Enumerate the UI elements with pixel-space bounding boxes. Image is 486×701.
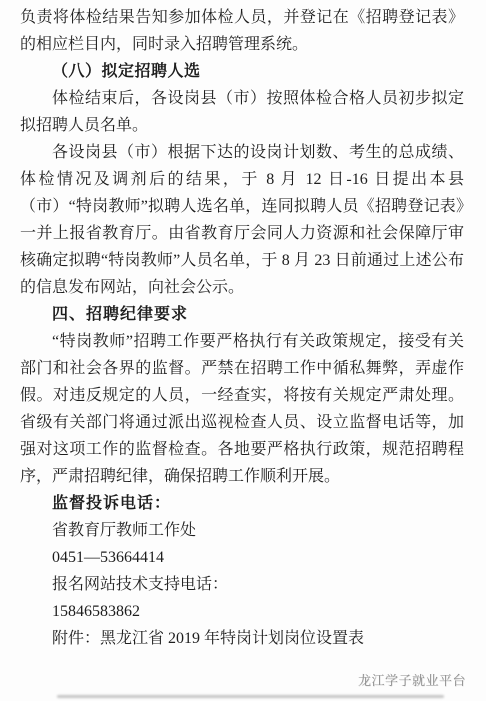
section-heading-discipline: 四、招聘纪律要求 [20,301,464,328]
paragraph-body: 体检结束后，各设岗县（市）按照体检合格人员初步拟定拟招聘人员名单。 [20,85,464,139]
document-page: 负责将体检结果告知参加体检人员，并登记在《招聘登记表》的相应栏目内，同时录入招聘… [0,0,486,701]
attachment-line: 附件：黑龙江省 2019 年特岗计划岗位设置表 [20,625,464,652]
contact-line-department: 省教育厅教师工作处 [20,517,464,544]
paragraph-body: 各设岗县（市）根据下达的设岗计划数、考生的总成绩、体检情况及调剂后的结果，于 8… [20,139,464,301]
scan-artifact-line [57,695,444,698]
contact-line-tech-support-label: 报名网站技术支持电话： [20,571,464,598]
contact-line-phone-number: 0451—53664414 [20,544,464,571]
contact-heading-supervision-phone: 监督投诉电话： [20,490,464,517]
paragraph-body: “特岗教师”招聘工作要严格执行有关政策规定，接受有关部门和社会各界的监督。严禁在… [20,328,464,490]
site-watermark: 龙江学子就业平台 [358,673,466,688]
sub-heading-proposed-candidates: （八）拟定招聘人选 [20,58,464,85]
paragraph-body-continuation: 负责将体检结果告知参加体检人员，并登记在《招聘登记表》的相应栏目内，同时录入招聘… [20,4,464,58]
contact-line-tech-support-number: 15846583862 [20,598,464,625]
